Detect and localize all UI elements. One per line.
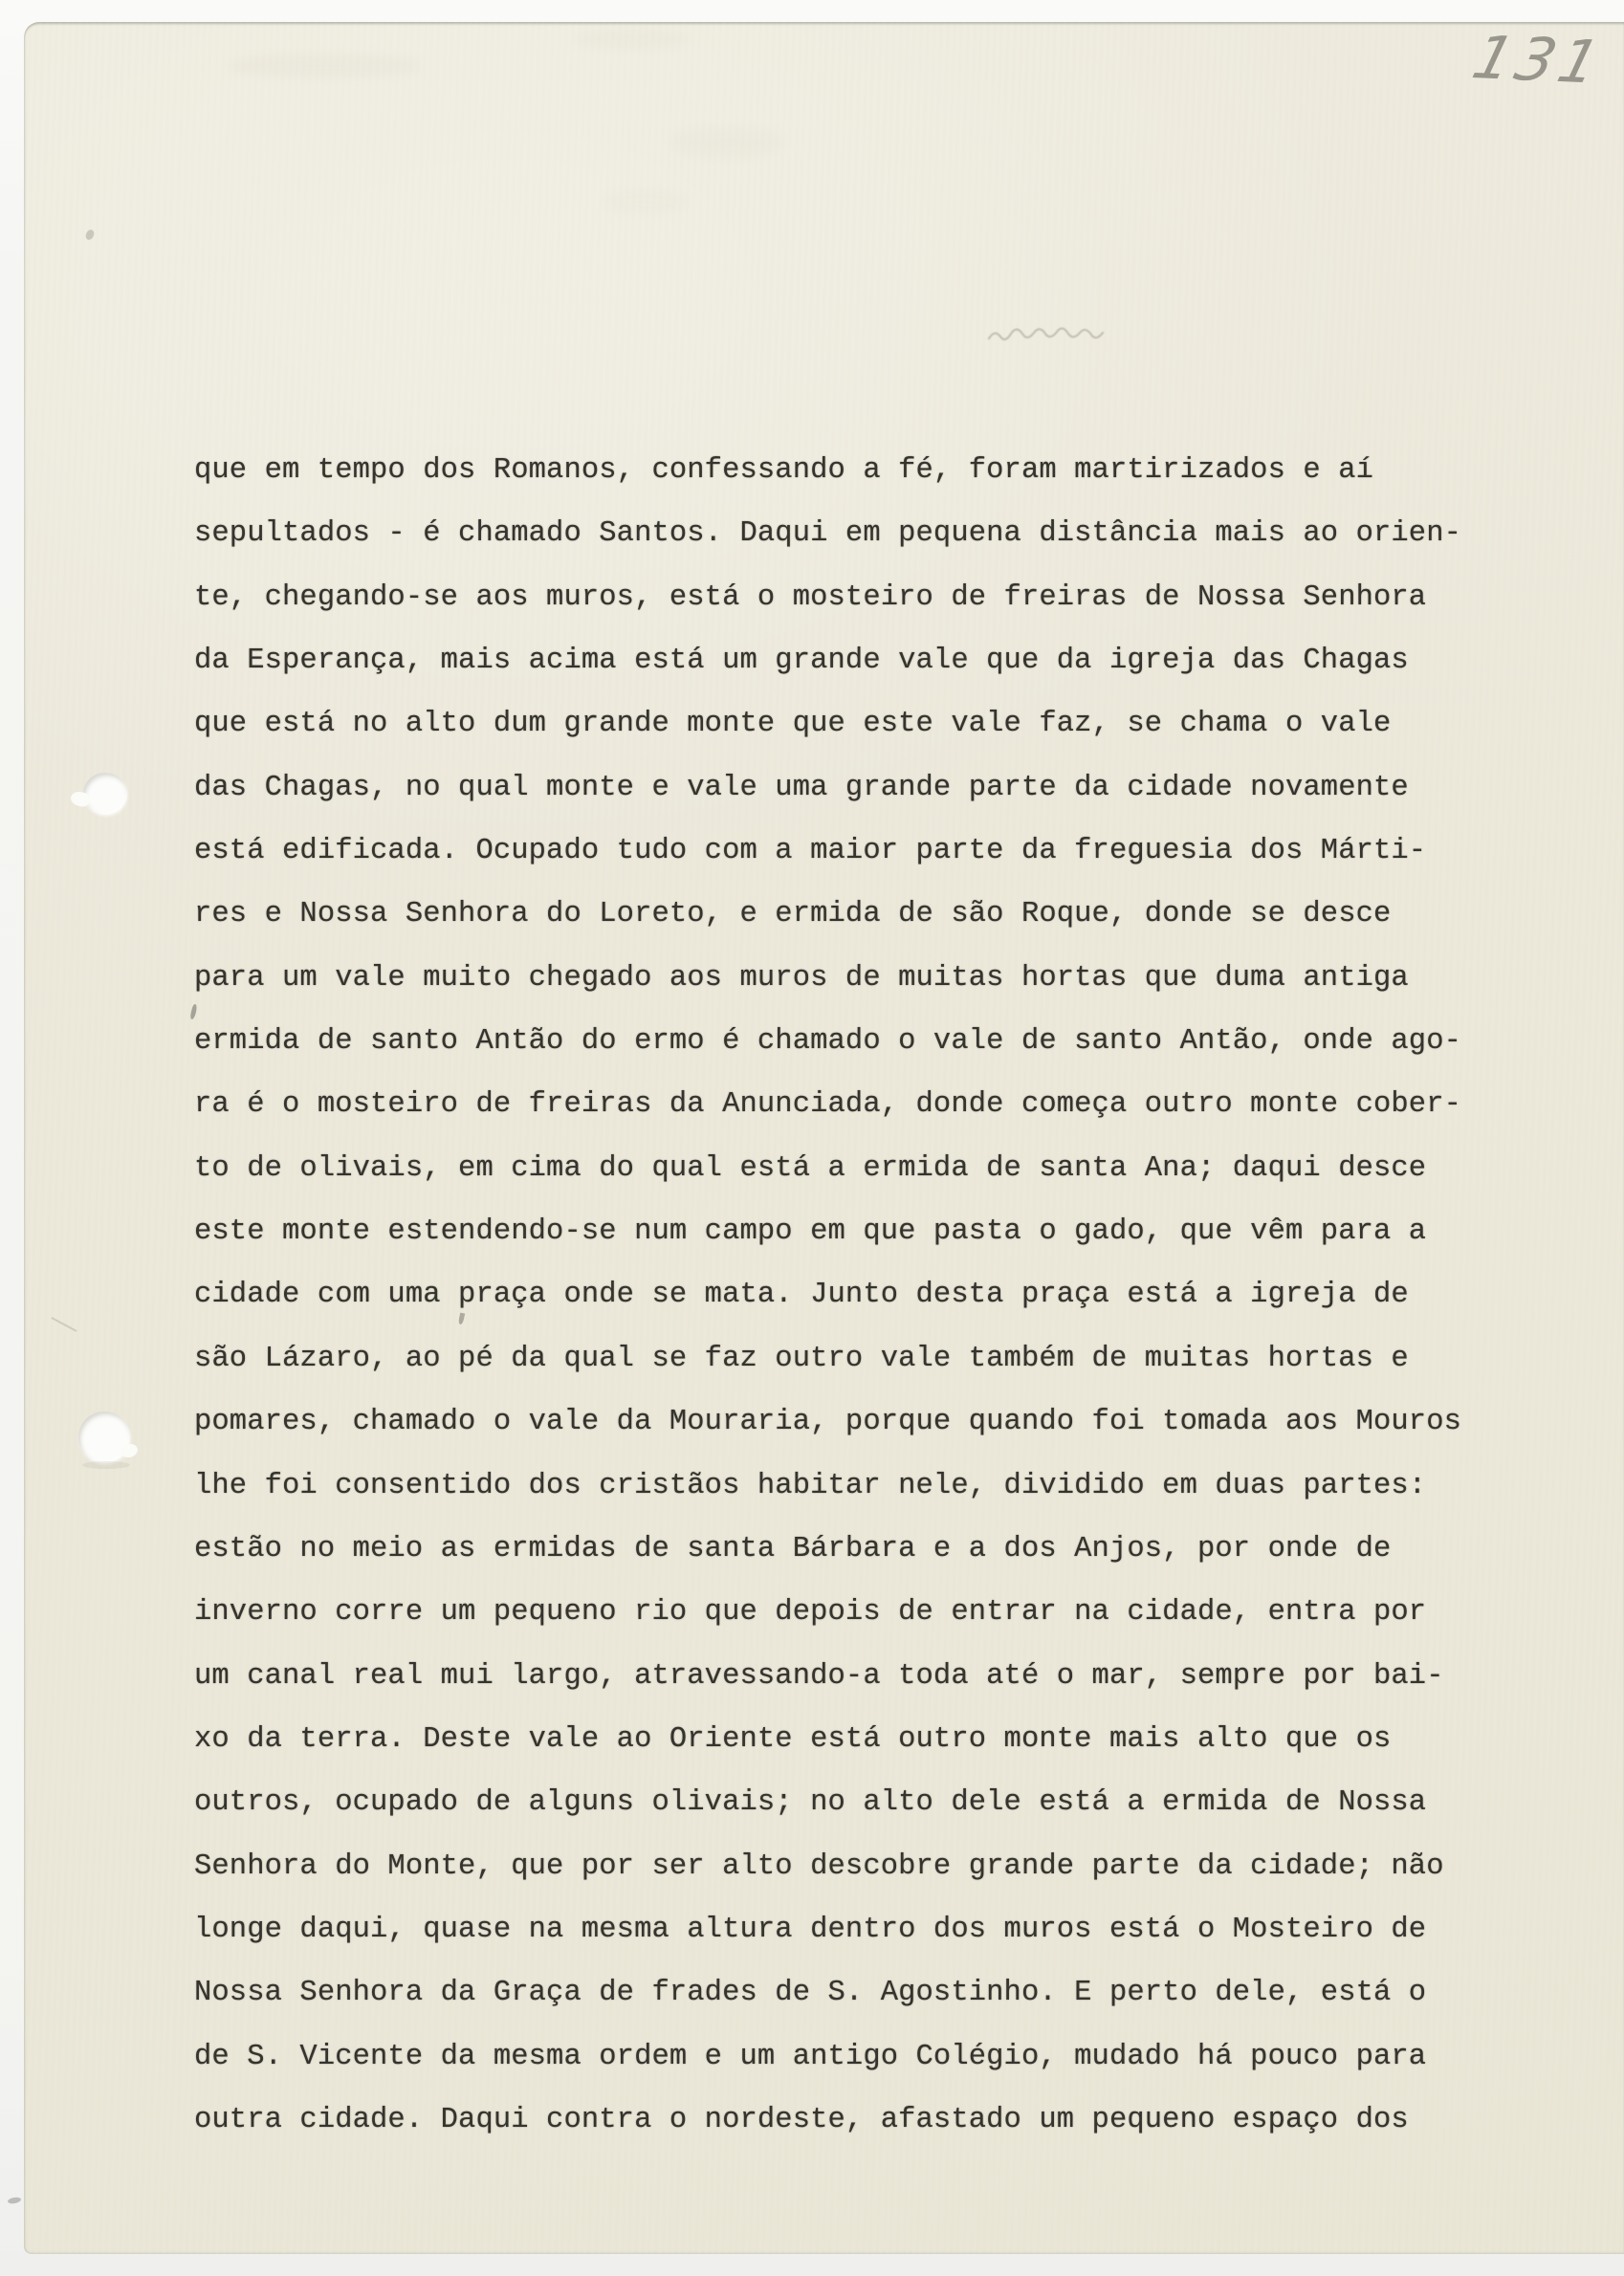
text-line: estão no meio as ermidas de santa Bárbar… bbox=[194, 1518, 1461, 1581]
text-line: de S. Vicente da mesma ordem e um antigo… bbox=[194, 2025, 1461, 2089]
hole-punch bbox=[78, 1412, 130, 1463]
text-line: pomares, chamado o vale da Mouraria, por… bbox=[194, 1390, 1461, 1454]
text-line: são Lázaro, ao pé da qual se faz outro v… bbox=[194, 1327, 1461, 1390]
bleedthrough-mark bbox=[230, 54, 421, 78]
text-line: está edificada. Ocupado tudo com a maior… bbox=[194, 820, 1461, 883]
text-line: cidade com uma praça onde se mata. Junto… bbox=[194, 1263, 1461, 1326]
text-line: ra é o mosteiro de freiras da Anunciada,… bbox=[194, 1073, 1461, 1136]
hole-punch bbox=[83, 773, 127, 815]
scan-background: 131 que em tempo dos Romanos, confessand… bbox=[0, 0, 1624, 2276]
pencil-smudge-mark bbox=[985, 321, 1119, 350]
text-line: to de olivais, em cima do qual está a er… bbox=[194, 1137, 1461, 1200]
typewritten-text-block: que em tempo dos Romanos, confessando a … bbox=[194, 439, 1461, 2152]
text-line: inverno corre um pequeno rio que depois … bbox=[194, 1581, 1461, 1644]
text-line: outra cidade. Daqui contra o nordeste, a… bbox=[194, 2089, 1461, 2152]
text-line: te, chegando-se aos muros, está o mostei… bbox=[194, 566, 1461, 629]
bleedthrough-mark bbox=[669, 126, 784, 159]
text-line: longe daqui, quase na mesma altura dentr… bbox=[194, 1898, 1461, 1961]
handwritten-page-number: 131 bbox=[1466, 22, 1612, 97]
text-line: xo da terra. Deste vale ao Oriente está … bbox=[194, 1708, 1461, 1771]
text-line: res e Nossa Senhora do Loreto, e ermida … bbox=[194, 883, 1461, 946]
text-line: das Chagas, no qual monte e vale uma gra… bbox=[194, 756, 1461, 820]
bleedthrough-mark bbox=[574, 29, 689, 50]
text-line: sepultados - é chamado Santos. Daqui em … bbox=[194, 502, 1461, 565]
text-line: ermida de santo Antão do ermo é chamado … bbox=[194, 1010, 1461, 1073]
text-line: que em tempo dos Romanos, confessando a … bbox=[194, 439, 1461, 502]
bleedthrough-mark bbox=[603, 189, 689, 214]
text-line: um canal real mui largo, atravessando-a … bbox=[194, 1645, 1461, 1708]
text-line: que está no alto dum grande monte que es… bbox=[194, 692, 1461, 755]
paper-speck bbox=[8, 2197, 22, 2204]
text-line: Nossa Senhora da Graça de frades de S. A… bbox=[194, 1961, 1461, 2024]
text-line: Senhora do Monte, que por ser alto desco… bbox=[194, 1835, 1461, 1898]
text-line: da Esperança, mais acima está um grande … bbox=[194, 629, 1461, 692]
text-line: para um vale muito chegado aos muros de … bbox=[194, 947, 1461, 1010]
text-line: este monte estendendo-se num campo em qu… bbox=[194, 1200, 1461, 1263]
text-line: lhe foi consentido dos cristãos habitar … bbox=[194, 1455, 1461, 1518]
text-line: outros, ocupado de alguns olivais; no al… bbox=[194, 1771, 1461, 1834]
